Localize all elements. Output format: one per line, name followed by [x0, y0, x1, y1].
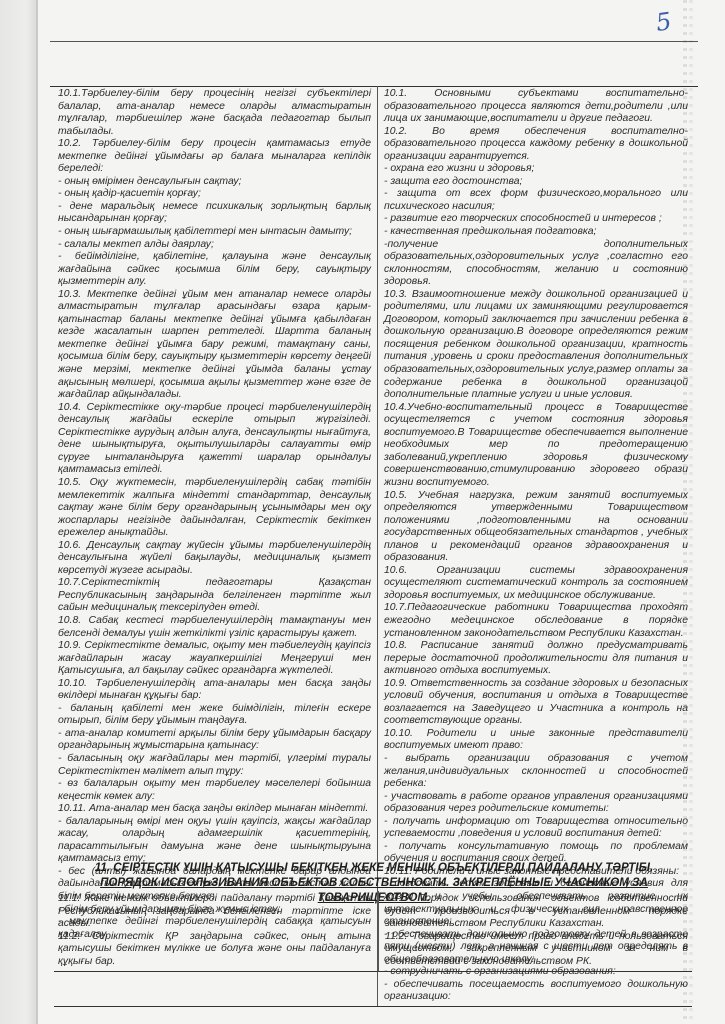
paragraph: - защита его достоинства;: [384, 176, 688, 189]
paragraph: 10.7.Серіктестіктің педагогтары Қазақста…: [58, 577, 371, 615]
paragraph: - оның шығармашылық қабілеттері мен ынта…: [58, 226, 371, 239]
paragraph: - развитие его творческих способностей и…: [384, 213, 688, 226]
paragraph: 10.10. Родители и иные законные представ…: [384, 728, 688, 753]
section-11-table: 11.1. Жеке меншік объектілерді пайдалану…: [54, 891, 692, 972]
paragraph: 10.2. Во время обеспечения воспитателно-…: [384, 126, 688, 164]
paragraph: - обеспечивать посещаемость воспитуемого…: [384, 979, 688, 1004]
paragraph: 10.6. Организации системы здравоохранени…: [384, 565, 688, 603]
paragraph: - получать информацию от Товарищества от…: [384, 816, 688, 841]
paragraph: - баласының оқу жағдайлары мен тәртібі, …: [58, 753, 371, 778]
header-rule: [50, 41, 698, 42]
paragraph: 10.10. Тәрбиеленушілердің ата-аналары ме…: [58, 678, 371, 703]
paragraph: - ата-аналар комитеті арқылы білім беру …: [58, 728, 371, 753]
paragraph: 10.8. Расписание занятий должно предусма…: [384, 640, 688, 678]
paragraph: 10.5. Учебная нагрузка, режим занятий во…: [384, 490, 688, 565]
paragraph: 11.2. Серіктестік ҚР заңдарына сәйкес, о…: [58, 931, 371, 969]
russian-column: 11.1. Порядок использования объектов соб…: [378, 891, 692, 972]
paragraph: 11.1. Порядок использования объектов соб…: [385, 893, 688, 931]
paragraph: 10.8. Сабақ кестесі тәрбиеленушілердің т…: [58, 615, 371, 640]
paragraph: - салалы мектеп алды даярлау;: [58, 239, 371, 252]
paragraph: - оның өмірімен денсаулығын сақтау;: [58, 176, 371, 189]
paragraph: 10.2. Тәрбиелеу-білім беру процесін қамт…: [58, 138, 371, 176]
paragraph: - выбрать организации образования с учет…: [384, 753, 688, 791]
scan-edge-line: [36, 0, 38, 1024]
paragraph: 10.1. Основными субъектами воспитательно…: [384, 88, 688, 126]
paragraph: 10.11. Ата-аналар мен басқа заңды өкілде…: [58, 803, 371, 816]
paragraph: - бейімділігіне, қабілетіне, қалауына жә…: [58, 251, 371, 289]
scan-left-edge: [0, 0, 38, 1024]
paragraph: - качественная предшкольная подгатовка;: [384, 226, 688, 239]
paragraph: 10.3. Взаимоотношение между дошкольной о…: [384, 289, 688, 402]
paragraph: - оның қадір-қасиетін қорғау;: [58, 188, 371, 201]
paragraph: 10.6. Денсаулық сақтау жүйесін ұйымы тәр…: [58, 540, 371, 578]
paragraph: - защита от всех форм физического,мораль…: [384, 188, 688, 213]
paragraph: 11.1. Жеке меншік объектілерді пайдалану…: [58, 893, 371, 931]
paragraph: - баланың қабілеті мен жеке биімділігін,…: [58, 703, 371, 728]
page-number: 5: [654, 7, 673, 37]
paragraph: 10.7.Педагогические работники Товарищест…: [384, 602, 688, 640]
paragraph: - охрана его жизни и здоровья;: [384, 163, 688, 176]
paragraph: 10.9. Серіктестікте демалыс, оқыту мен т…: [58, 640, 371, 678]
paragraph: - дене маральдық немесе психикалық зорлы…: [58, 201, 371, 226]
paragraph: - өз балаларын оқыту мен тәрбиелеу мәсел…: [58, 778, 371, 803]
paragraph: 10.4.Учебно-воспитательный процесс в Тов…: [384, 402, 688, 490]
paragraph: - участвовать в работе органов управлени…: [384, 791, 688, 816]
paragraph: 10.9. Ответственность за создание здоров…: [384, 678, 688, 728]
paragraph: -получение дополнительных образовательны…: [384, 239, 688, 289]
section-11-title-kazakh: 11. СЕІРТЕСТІК ҮШІН ҚАТЫСУШЫ БЕКІТКЕН ЖЕ…: [54, 860, 694, 875]
paragraph: 10.4. Серіктестікке оқу-тәрбие процесі т…: [58, 402, 371, 477]
paragraph: 11.2. Товарищество имеет право владеть и…: [385, 931, 688, 969]
paragraph: 10.3. Мектепке дейінгі ұйым мен атаналар…: [58, 289, 371, 402]
paragraph: 10.1.Тәрбиелеу-білім беру процесінің нег…: [58, 88, 371, 138]
paragraph: 10.5. Оқу жүктемесін, тәрбиеленушілердің…: [58, 477, 371, 540]
kazakh-column: 11.1. Жеке меншік объектілерді пайдалану…: [54, 891, 378, 972]
paragraph: - балаларының өмірі мен оқуы үшін қауіпс…: [58, 816, 371, 866]
